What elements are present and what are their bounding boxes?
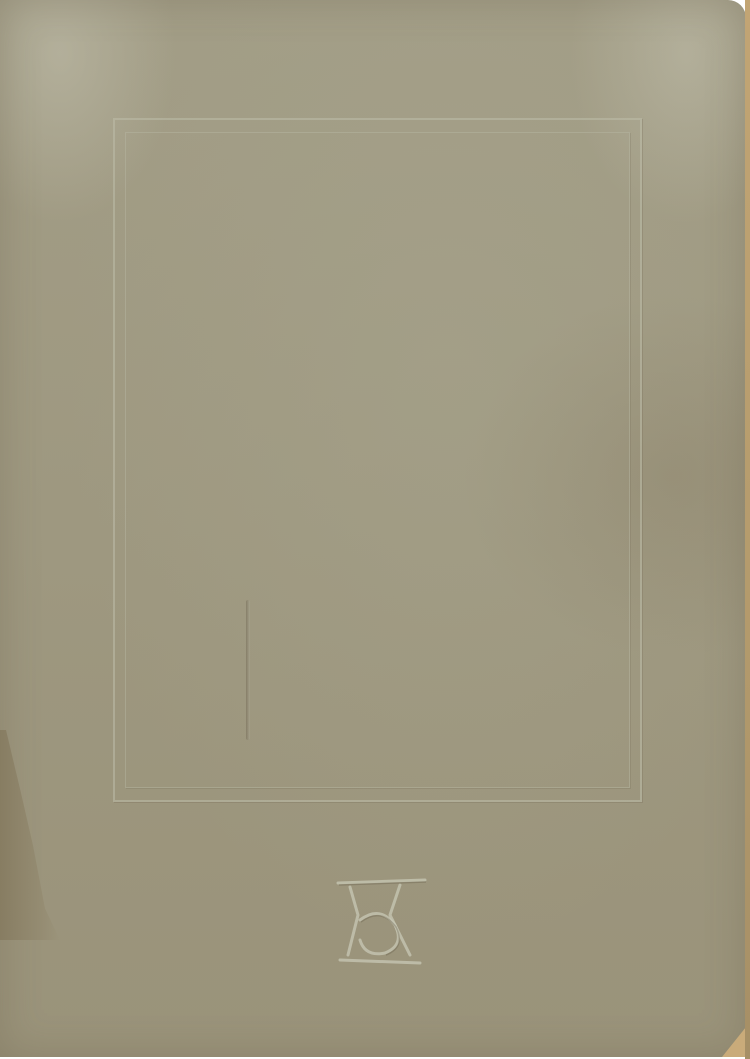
stained-edge [745, 0, 750, 1059]
scratch-mark [246, 600, 250, 740]
corner-chip [722, 1027, 746, 1057]
embossed-frame-inner [125, 132, 630, 788]
embossed-frame [113, 118, 642, 802]
monogram-emblem-icon [330, 875, 430, 970]
card-mount: Back of an antique photograph card mount [0, 0, 746, 1057]
edge-tear [0, 730, 60, 940]
